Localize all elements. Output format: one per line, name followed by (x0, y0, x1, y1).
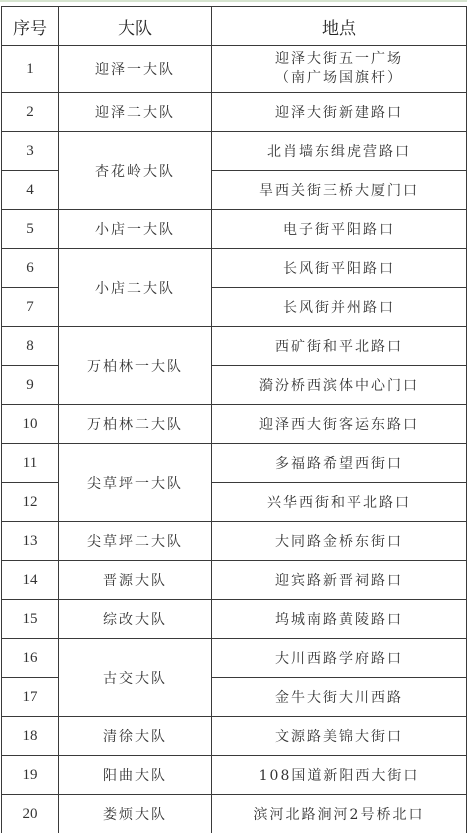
row-location: 迎泽大街新建路口 (212, 93, 467, 132)
table-row: 19 阳曲大队 108国道新阳西大街口 (2, 756, 467, 795)
row-location: 大同路金桥东街口 (212, 522, 467, 561)
row-brigade: 尖草坪二大队 (59, 522, 212, 561)
row-location: 旱西关街三桥大厦门口 (212, 171, 467, 210)
row-location: 坞城南路黄陵路口 (212, 600, 467, 639)
table-row: 16 古交大队 大川西路学府路口 (2, 639, 467, 678)
row-brigade: 迎泽一大队 (59, 46, 212, 93)
row-location: 兴华西街和平北路口 (212, 483, 467, 522)
row-brigade: 万柏林一大队 (59, 327, 212, 405)
row-index: 12 (2, 483, 59, 522)
table-row: 3 杏花岭大队 北肖墙东缉虎营路口 (2, 132, 467, 171)
row-index: 16 (2, 639, 59, 678)
row-location: 迎宾路新晋祠路口 (212, 561, 467, 600)
row-location: 北肖墙东缉虎营路口 (212, 132, 467, 171)
row-index: 5 (2, 210, 59, 249)
header-location: 地点 (212, 7, 467, 46)
row-index: 7 (2, 288, 59, 327)
table-row: 20 娄烦大队 滨河北路涧河2号桥北口 (2, 795, 467, 833)
row-index: 3 (2, 132, 59, 171)
row-brigade: 杏花岭大队 (59, 132, 212, 210)
location-note: （南广场国旗杆） (212, 69, 466, 88)
table-row: 8 万柏林一大队 西矿街和平北路口 (2, 327, 467, 366)
row-location: 长风街平阳路口 (212, 249, 467, 288)
row-location: 金牛大街大川西路 (212, 678, 467, 717)
table-row: 5 小店一大队 电子街平阳路口 (2, 210, 467, 249)
row-brigade: 阳曲大队 (59, 756, 212, 795)
row-index: 17 (2, 678, 59, 717)
table-row: 6 小店二大队 长风街平阳路口 (2, 249, 467, 288)
table-row: 1 迎泽一大队 迎泽大街五一广场 （南广场国旗杆） (2, 46, 467, 93)
row-location: 迎泽西大街客运东路口 (212, 405, 467, 444)
row-brigade: 小店一大队 (59, 210, 212, 249)
table-row: 14 晋源大队 迎宾路新晋祠路口 (2, 561, 467, 600)
row-location: 大川西路学府路口 (212, 639, 467, 678)
row-brigade: 综改大队 (59, 600, 212, 639)
row-brigade: 清徐大队 (59, 717, 212, 756)
row-index: 19 (2, 756, 59, 795)
row-location: 滨河北路涧河2号桥北口 (212, 795, 467, 833)
row-location: 长风街并州路口 (212, 288, 467, 327)
row-index: 11 (2, 444, 59, 483)
row-brigade: 万柏林二大队 (59, 405, 212, 444)
header-brigade: 大队 (59, 7, 212, 46)
row-location: 多福路希望西街口 (212, 444, 467, 483)
table-row: 2 迎泽二大队 迎泽大街新建路口 (2, 93, 467, 132)
row-brigade: 迎泽二大队 (59, 93, 212, 132)
row-brigade: 晋源大队 (59, 561, 212, 600)
table-row: 18 清徐大队 文源路美锦大街口 (2, 717, 467, 756)
row-location: 迎泽大街五一广场 （南广场国旗杆） (212, 46, 467, 93)
top-edge-line (0, 0, 467, 2)
row-index: 4 (2, 171, 59, 210)
row-location: 西矿街和平北路口 (212, 327, 467, 366)
row-index: 8 (2, 327, 59, 366)
row-index: 20 (2, 795, 59, 833)
row-location: 漪汾桥西滨体中心门口 (212, 366, 467, 405)
brigade-location-table: 序号 大队 地点 1 迎泽一大队 迎泽大街五一广场 （南广场国旗杆） 2 迎泽二… (1, 6, 467, 833)
row-index: 18 (2, 717, 59, 756)
row-location: 108国道新阳西大街口 (212, 756, 467, 795)
table-row: 13 尖草坪二大队 大同路金桥东街口 (2, 522, 467, 561)
row-brigade: 古交大队 (59, 639, 212, 717)
row-brigade: 小店二大队 (59, 249, 212, 327)
row-location: 文源路美锦大街口 (212, 717, 467, 756)
row-index: 14 (2, 561, 59, 600)
row-index: 10 (2, 405, 59, 444)
table-row: 11 尖草坪一大队 多福路希望西街口 (2, 444, 467, 483)
table-row: 10 万柏林二大队 迎泽西大街客运东路口 (2, 405, 467, 444)
row-index: 15 (2, 600, 59, 639)
table-row: 15 综改大队 坞城南路黄陵路口 (2, 600, 467, 639)
table-header-row: 序号 大队 地点 (2, 7, 467, 46)
header-index: 序号 (2, 7, 59, 46)
location-line: 迎泽大街五一广场 (212, 50, 466, 69)
row-index: 1 (2, 46, 59, 93)
row-index: 9 (2, 366, 59, 405)
row-location: 电子街平阳路口 (212, 210, 467, 249)
row-index: 2 (2, 93, 59, 132)
row-brigade: 尖草坪一大队 (59, 444, 212, 522)
row-brigade: 娄烦大队 (59, 795, 212, 833)
row-index: 6 (2, 249, 59, 288)
row-index: 13 (2, 522, 59, 561)
